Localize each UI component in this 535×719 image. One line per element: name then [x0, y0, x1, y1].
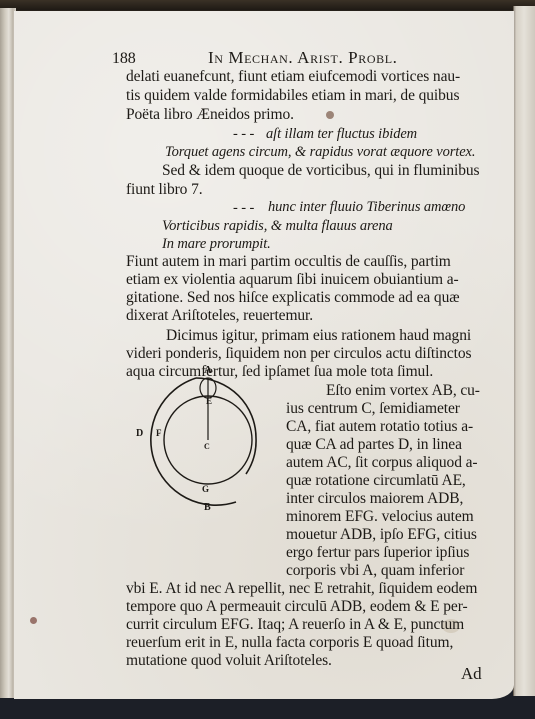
verse-line: Torquet agens circum, & rapidus vorat æq… [165, 144, 475, 161]
verse-line: Vorticibus rapidis, & multa flauus arena [162, 218, 393, 235]
verse-dash: - - - [233, 126, 254, 143]
side-line: quæ CA ad partes D, in linea [286, 436, 462, 454]
side-line: Eſto enim vortex AB, cu- [326, 382, 480, 400]
label-G: G [202, 484, 209, 494]
verse-line: hunc inter fluuio Tiberinus amœno [268, 199, 465, 216]
side-line: minorem EFG. velocius autem [286, 508, 474, 526]
side-line: ius centrum C, ſemidiameter [286, 400, 460, 418]
page-number: 188 [112, 50, 136, 68]
body-line: vbi E. At id nec A repellit, nec E retra… [126, 580, 477, 598]
body-line: tis quidem valde formidabiles etiam in m… [126, 87, 459, 105]
body-line: reuerſum erit in E, nulla facta corporis… [126, 634, 453, 652]
label-A: A [204, 364, 212, 376]
verse-line: In mare prorumpit. [162, 236, 271, 253]
side-line: corporis vbi A, quam inferior [286, 562, 464, 580]
body-line: gitatione. Sed nos hiſce explicatis comm… [126, 289, 459, 307]
concentric-circles-figure [128, 330, 278, 560]
verse-line: aſt illam ter fluctus ibidem [266, 126, 417, 143]
label-C: C [204, 442, 210, 451]
body-line: Fiunt autem in mari partim occultis de c… [126, 253, 451, 271]
body-line: Sed & idem quoque de vorticibus, qui in … [162, 162, 479, 180]
foxing-stain [30, 617, 37, 624]
side-line: quæ rotatione circumlatū AE, [286, 472, 466, 490]
body-line: mutatione quod voluit Ariſtoteles. [126, 652, 332, 670]
running-head: In Mechan. Arist. Probl. [208, 48, 397, 68]
body-line: dixerat Ariſtoteles, reuertemur. [126, 307, 313, 325]
body-line: etiam ex violentia aquarum ſibi inuicem … [126, 271, 459, 289]
vortex-diagram: A E D F C G B [128, 330, 278, 560]
verse-dash: - - - [233, 200, 254, 217]
side-line: inter circulos maiorem ADB, [286, 490, 463, 508]
body-line: Poëta libro Æneidos primo. [126, 106, 294, 124]
label-E: E [206, 396, 212, 406]
label-D: D [136, 428, 143, 439]
catchword: Ad [461, 664, 482, 684]
foxing-stain [326, 111, 334, 119]
side-line: mouetur ADB, ipſo EFG, citius [286, 526, 477, 544]
facing-page-edge [513, 6, 535, 696]
body-line: tempore quo A permeauit circulū ADB, eod… [126, 598, 468, 616]
body-line: currit circulum EFG. Itaq; A reuerſo in … [126, 616, 464, 634]
side-line: autem AC, ſit corpus aliquod a- [286, 454, 477, 472]
body-line: fiunt libro 7. [126, 181, 203, 199]
label-B: B [204, 502, 211, 513]
body-line: delati euanefcunt, fiunt etiam eiufcemod… [126, 68, 460, 86]
label-F: F [156, 428, 162, 438]
side-line: ergo fertur pars ſuperior ipſius [286, 544, 469, 562]
side-line: CA, fiat autem rotatio totius a- [286, 418, 473, 436]
